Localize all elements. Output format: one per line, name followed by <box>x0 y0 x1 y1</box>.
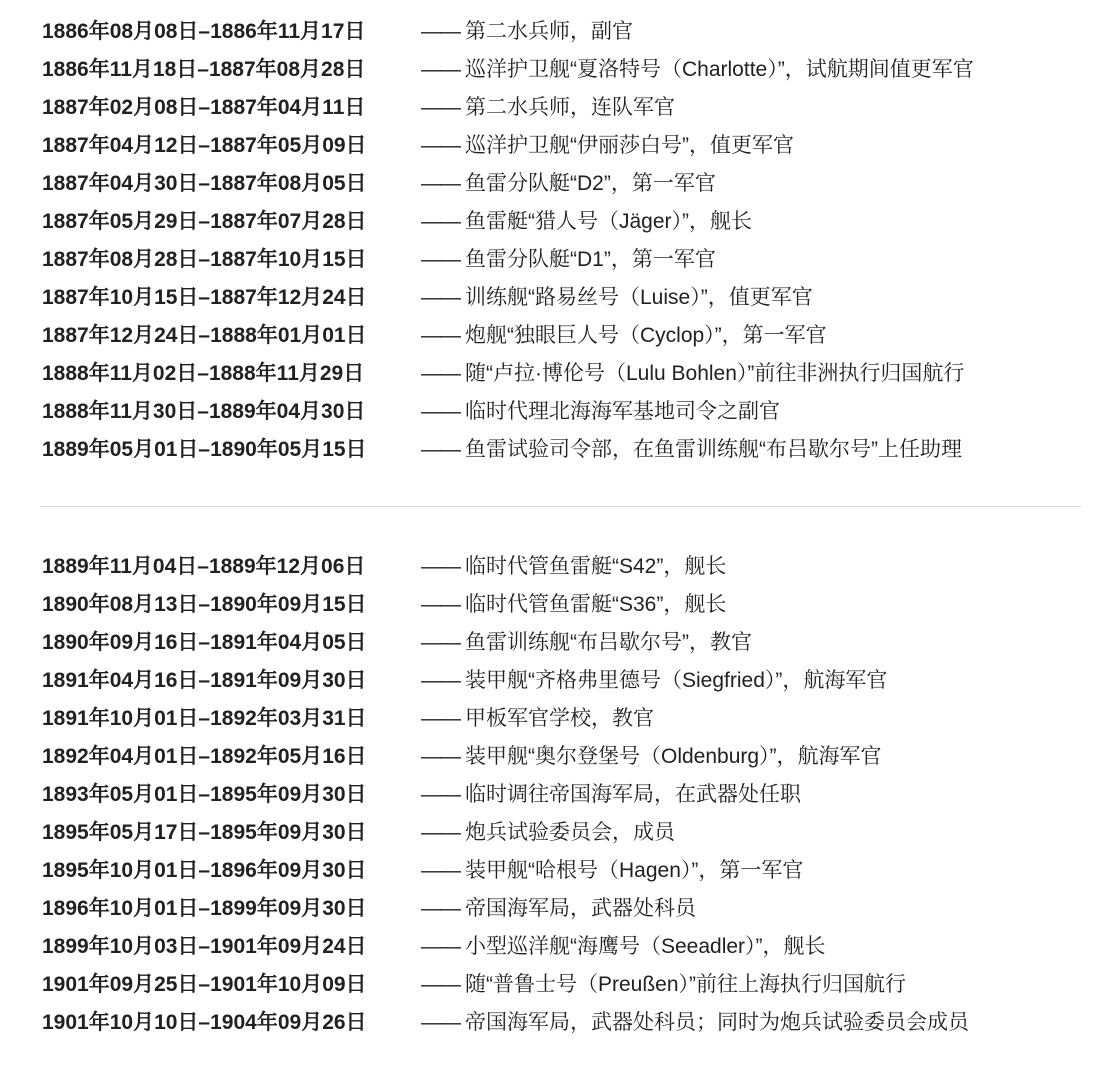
service-description: 装甲舰“奥尔登堡号（Oldenburg）”，航海军官 <box>465 738 882 776</box>
service-date-range: 1887年12月24日–1888年01月01日 <box>42 317 408 355</box>
service-date-range: 1899年10月03日–1901年09月24日 <box>42 928 408 966</box>
service-record-row: 1895年10月01日–1896年09月30日 —— 装甲舰“哈根号（Hagen… <box>42 852 1095 890</box>
service-date-range: 1886年08月08日–1886年11月17日 <box>42 13 408 51</box>
service-record-row: 1888年11月02日–1888年11月29日 —— 随“卢拉·博伦号（Lulu… <box>42 355 1095 393</box>
dash-separator: —— <box>421 355 459 393</box>
service-record-row: 1893年05月01日–1895年09月30日 —— 临时调往帝国海军局，在武器… <box>42 776 1095 814</box>
service-record-row: 1887年05月29日–1887年07月28日 —— 鱼雷艇“猎人号（Jäger… <box>42 203 1095 241</box>
service-description: 训练舰“路易丝号（Luise）”，值更军官 <box>465 279 813 317</box>
service-record-row: 1889年11月04日–1889年12月06日 —— 临时代管鱼雷艇“S42”，… <box>42 548 1095 586</box>
service-record-row: 1901年09月25日–1901年10月09日 —— 随“普鲁士号（Preuße… <box>42 966 1095 1004</box>
service-record-row: 1887年08月28日–1887年10月15日 —— 鱼雷分队艇“D1”，第一军… <box>42 241 1095 279</box>
dash-separator: —— <box>421 1004 459 1042</box>
dash-separator: —— <box>421 662 459 700</box>
service-description: 鱼雷试验司令部，在鱼雷训练舰“布吕歇尔号”上任助理 <box>465 431 962 469</box>
service-record-row: 1886年08月08日–1886年11月17日 —— 第二水兵师，副官 <box>42 13 1095 51</box>
service-description: 临时代管鱼雷艇“S36”，舰长 <box>465 586 726 624</box>
service-record-row: 1896年10月01日–1899年09月30日 —— 帝国海军局，武器处科员 <box>42 890 1095 928</box>
service-description: 装甲舰“哈根号（Hagen）”，第一军官 <box>465 852 803 890</box>
service-description: 装甲舰“齐格弗里德号（Siegfried）”，航海军官 <box>465 662 887 700</box>
service-date-range: 1889年11月04日–1889年12月06日 <box>42 548 408 586</box>
dash-separator: —— <box>421 624 459 662</box>
service-description: 第二水兵师，副官 <box>465 13 633 51</box>
service-date-range: 1887年02月08日–1887年04月11日 <box>42 89 408 127</box>
service-date-range: 1887年04月30日–1887年08月05日 <box>42 165 408 203</box>
service-description: 巡洋护卫舰“夏洛特号（Charlotte）”，试航期间值更军官 <box>465 51 974 89</box>
dash-separator: —— <box>421 890 459 928</box>
service-date-range: 1895年10月01日–1896年09月30日 <box>42 852 408 890</box>
service-date-range: 1891年10月01日–1892年03月31日 <box>42 700 408 738</box>
service-record-row: 1887年02月08日–1887年04月11日 —— 第二水兵师，连队军官 <box>42 89 1095 127</box>
dash-separator: —— <box>421 814 459 852</box>
service-description: 随“卢拉·博伦号（Lulu Bohlen）”前往非洲执行归国航行 <box>465 355 964 393</box>
service-date-range: 1888年11月02日–1888年11月29日 <box>42 355 408 393</box>
service-record-block-2: 1889年11月04日–1889年12月06日 —— 临时代管鱼雷艇“S42”，… <box>42 548 1095 1042</box>
career-timeline: 1886年08月08日–1886年11月17日 —— 第二水兵师，副官 1886… <box>0 0 1115 1042</box>
section-divider <box>40 506 1081 507</box>
service-record-block-1: 1886年08月08日–1886年11月17日 —— 第二水兵师，副官 1886… <box>42 13 1095 469</box>
dash-separator: —— <box>421 776 459 814</box>
dash-separator: —— <box>421 700 459 738</box>
service-record-row: 1891年04月16日–1891年09月30日 —— 装甲舰“齐格弗里德号（Si… <box>42 662 1095 700</box>
service-description: 鱼雷艇“猎人号（Jäger）”，舰长 <box>465 203 752 241</box>
service-description: 帝国海军局，武器处科员 <box>465 890 696 928</box>
dash-separator: —— <box>421 966 459 1004</box>
service-description: 甲板军官学校，教官 <box>465 700 654 738</box>
service-record-row: 1895年05月17日–1895年09月30日 —— 炮兵试验委员会，成员 <box>42 814 1095 852</box>
dash-separator: —— <box>421 203 459 241</box>
service-record-row: 1887年10月15日–1887年12月24日 —— 训练舰“路易丝号（Luis… <box>42 279 1095 317</box>
service-record-row: 1887年12月24日–1888年01月01日 —— 炮舰“独眼巨人号（Cycl… <box>42 317 1095 355</box>
dash-separator: —— <box>421 738 459 776</box>
dash-separator: —— <box>421 317 459 355</box>
service-date-range: 1890年09月16日–1891年04月05日 <box>42 624 408 662</box>
service-description: 鱼雷分队艇“D1”，第一军官 <box>465 241 716 279</box>
service-record-row: 1899年10月03日–1901年09月24日 —— 小型巡洋舰“海鹰号（See… <box>42 928 1095 966</box>
dash-separator: —— <box>421 241 459 279</box>
dash-separator: —— <box>421 928 459 966</box>
service-description: 鱼雷分队艇“D2”，第一军官 <box>465 165 716 203</box>
service-record-row: 1889年05月01日–1890年05月15日 —— 鱼雷试验司令部，在鱼雷训练… <box>42 431 1095 469</box>
dash-separator: —— <box>421 852 459 890</box>
service-record-row: 1888年11月30日–1889年04月30日 —— 临时代理北海海军基地司令之… <box>42 393 1095 431</box>
service-description: 鱼雷训练舰“布吕歇尔号”，教官 <box>465 624 752 662</box>
service-description: 临时代理北海海军基地司令之副官 <box>465 393 780 431</box>
service-date-range: 1892年04月01日–1892年05月16日 <box>42 738 408 776</box>
service-description: 炮舰“独眼巨人号（Cyclop）”，第一军官 <box>465 317 827 355</box>
service-date-range: 1896年10月01日–1899年09月30日 <box>42 890 408 928</box>
dash-separator: —— <box>421 393 459 431</box>
service-date-range: 1887年10月15日–1887年12月24日 <box>42 279 408 317</box>
dash-separator: —— <box>421 51 459 89</box>
service-description: 小型巡洋舰“海鹰号（Seeadler）”，舰长 <box>465 928 826 966</box>
service-description: 随“普鲁士号（Preußen）”前往上海执行归国航行 <box>465 966 906 1004</box>
service-date-range: 1893年05月01日–1895年09月30日 <box>42 776 408 814</box>
service-description: 炮兵试验委员会，成员 <box>465 814 675 852</box>
service-date-range: 1895年05月17日–1895年09月30日 <box>42 814 408 852</box>
dash-separator: —— <box>421 279 459 317</box>
dash-separator: —— <box>421 431 459 469</box>
service-date-range: 1886年11月18日–1887年08月28日 <box>42 51 408 89</box>
service-record-row: 1892年04月01日–1892年05月16日 —— 装甲舰“奥尔登堡号（Old… <box>42 738 1095 776</box>
dash-separator: —— <box>421 548 459 586</box>
service-description: 临时代管鱼雷艇“S42”，舰长 <box>465 548 726 586</box>
service-record-row: 1887年04月30日–1887年08月05日 —— 鱼雷分队艇“D2”，第一军… <box>42 165 1095 203</box>
service-date-range: 1887年05月29日–1887年07月28日 <box>42 203 408 241</box>
service-date-range: 1887年04月12日–1887年05月09日 <box>42 127 408 165</box>
service-description: 巡洋护卫舰“伊丽莎白号”，值更军官 <box>465 127 794 165</box>
service-date-range: 1901年10月10日–1904年09月26日 <box>42 1004 408 1042</box>
service-date-range: 1887年08月28日–1887年10月15日 <box>42 241 408 279</box>
service-record-row: 1886年11月18日–1887年08月28日 —— 巡洋护卫舰“夏洛特号（Ch… <box>42 51 1095 89</box>
dash-separator: —— <box>421 127 459 165</box>
service-record-row: 1890年09月16日–1891年04月05日 —— 鱼雷训练舰“布吕歇尔号”，… <box>42 624 1095 662</box>
service-description: 帝国海军局，武器处科员；同时为炮兵试验委员会成员 <box>465 1004 969 1042</box>
service-record-row: 1891年10月01日–1892年03月31日 —— 甲板军官学校，教官 <box>42 700 1095 738</box>
service-date-range: 1891年04月16日–1891年09月30日 <box>42 662 408 700</box>
service-record-row: 1890年08月13日–1890年09月15日 —— 临时代管鱼雷艇“S36”，… <box>42 586 1095 624</box>
service-date-range: 1901年09月25日–1901年10月09日 <box>42 966 408 1004</box>
dash-separator: —— <box>421 89 459 127</box>
service-record-row: 1887年04月12日–1887年05月09日 —— 巡洋护卫舰“伊丽莎白号”，… <box>42 127 1095 165</box>
service-description: 临时调往帝国海军局，在武器处任职 <box>465 776 801 814</box>
dash-separator: —— <box>421 586 459 624</box>
dash-separator: —— <box>421 13 459 51</box>
service-date-range: 1889年05月01日–1890年05月15日 <box>42 431 408 469</box>
service-date-range: 1890年08月13日–1890年09月15日 <box>42 586 408 624</box>
dash-separator: —— <box>421 165 459 203</box>
service-date-range: 1888年11月30日–1889年04月30日 <box>42 393 408 431</box>
service-record-row: 1901年10月10日–1904年09月26日 —— 帝国海军局，武器处科员；同… <box>42 1004 1095 1042</box>
service-description: 第二水兵师，连队军官 <box>465 89 675 127</box>
